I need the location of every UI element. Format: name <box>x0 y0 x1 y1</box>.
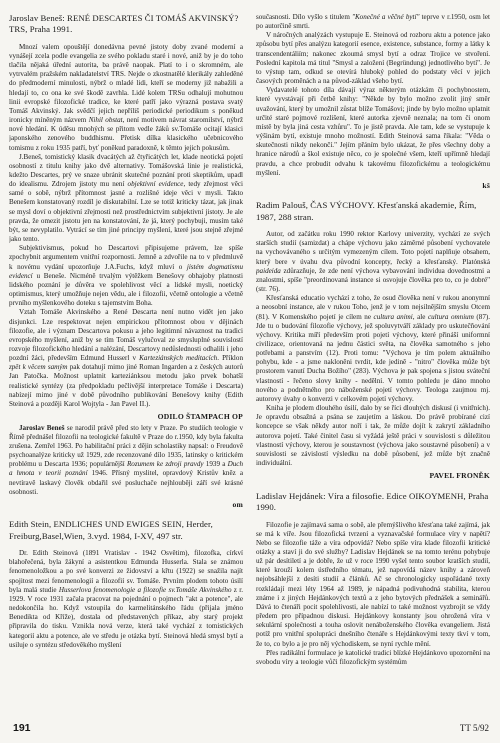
paragraph: J.Beneš, tomistický klasik dvacátých až … <box>9 153 243 245</box>
review-heading: Ladislav Hejdánek: Víra a filosofie. Edi… <box>256 491 490 514</box>
paragraph: Kniha je plodem dlouhého úsilí, dalo by … <box>256 404 490 468</box>
review-heading: Edith Stein, ENDLICHES UND EWIGES SEIN, … <box>9 519 243 542</box>
page-number: 191 <box>13 722 31 734</box>
review-heading: Jaroslav Beneš: RENÉ DESCARTES ČI TOMÁŠ … <box>9 13 243 36</box>
paragraph: V náročných analýzách vystupuje E. Stein… <box>256 31 490 86</box>
paragraph: Křesťanská educatio vychází z toho, že o… <box>256 294 490 404</box>
review-heading: Radim Palouš, ČAS VÝCHOVY. Křesťanská ak… <box>256 200 490 223</box>
right-column: současnosti. Dílo vyšlo s titulem "Koneč… <box>256 13 490 711</box>
paragraph: Mnozí valem opouštějí donedávna pevné ji… <box>9 43 243 153</box>
review-byline: ODILO ŠTAMPACH OP <box>9 412 243 422</box>
review-byline: PAVEL FRONĚK <box>256 471 490 481</box>
issue-label: TT 5/92 <box>460 723 489 733</box>
paragraph: Jaroslav Beneš se narodil právě před sto… <box>9 424 243 497</box>
paragraph: Přes radikální formulace je katolické tr… <box>256 649 490 667</box>
left-column: Jaroslav Beneš: RENÉ DESCARTES ČI TOMÁŠ … <box>9 13 243 711</box>
paragraph: Vydavatelé tohoto díla dávají výraz někt… <box>256 86 490 178</box>
paragraph: Vztah Tomáše Akvinského a René Descarta … <box>9 308 243 409</box>
scanned-journal-page: Jaroslav Beneš: RENÉ DESCARTES ČI TOMÁŠ … <box>0 0 500 743</box>
paragraph: Autor, od začátku roku 1990 rektor Karlo… <box>256 230 490 294</box>
review-byline: om <box>9 500 243 510</box>
paragraph: Dr. Edith Steinová (1891 Vratislav - 194… <box>9 549 243 650</box>
text-columns: Jaroslav Beneš: RENÉ DESCARTES ČI TOMÁŠ … <box>9 13 491 711</box>
paragraph: současnosti. Dílo vyšlo s titulem "Koneč… <box>256 13 490 31</box>
review-byline: kš <box>256 181 490 191</box>
paragraph: Subjektivismus, pokud ho Descartovi přip… <box>9 244 243 308</box>
paragraph: Filozofie je zajímavá sama o sobě, ale p… <box>256 521 490 649</box>
